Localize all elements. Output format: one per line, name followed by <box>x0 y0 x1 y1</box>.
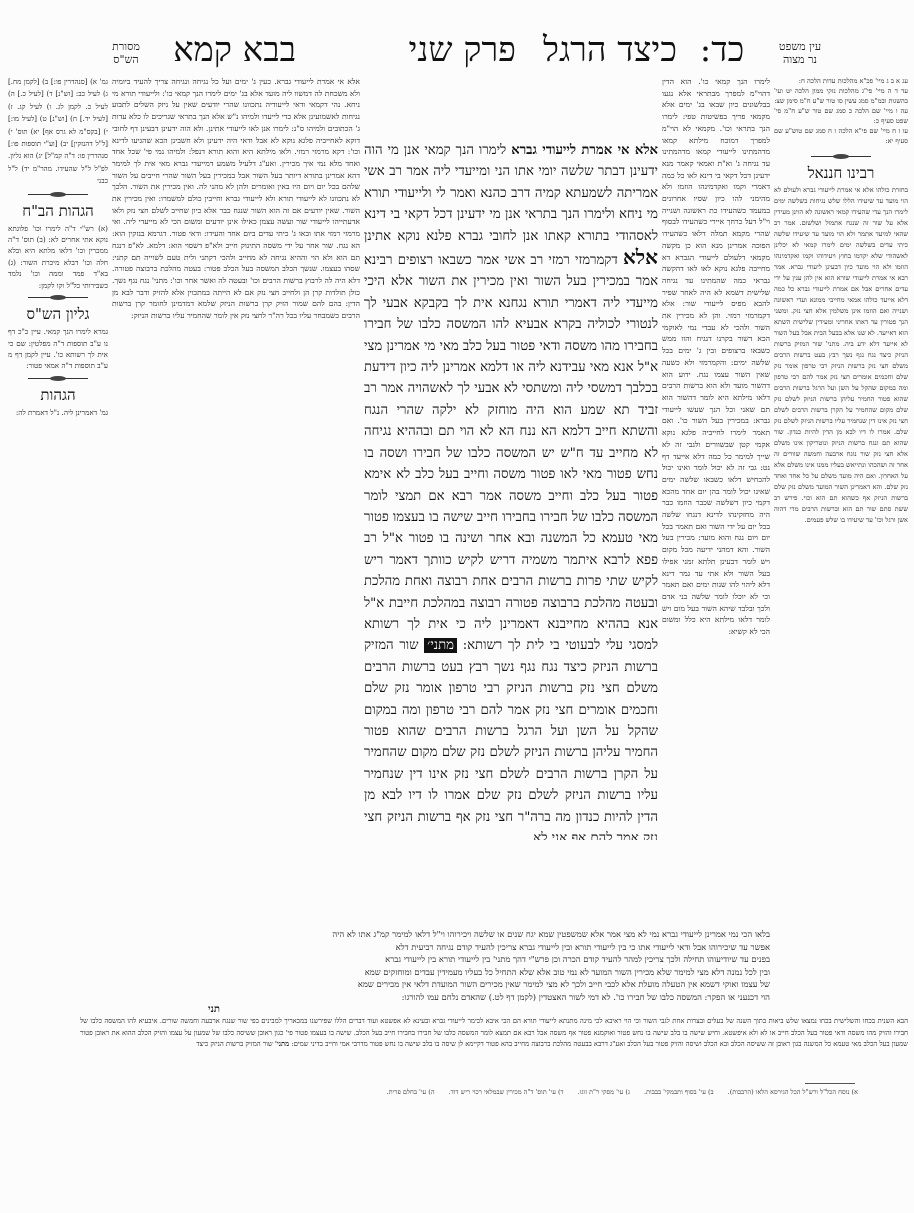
ein-mishpat-entry: עג א ב ג מיי' פכ"א מהלכות עדות הלכה ח: <box>774 76 908 86</box>
tractate-title: בבא קמא <box>176 30 296 70</box>
ornament-divider <box>811 156 871 157</box>
gemara-lead-1: אלא אי אמרת לייעודי גברא <box>511 143 658 158</box>
bottom-line: ובין לכל נמנה דלא מצי למימר שלא מכירין ה… <box>112 966 770 979</box>
ornament-divider <box>28 297 88 298</box>
bottom-line: בלאו הכי נמי אמרינן לייעודי גברא נמי לא … <box>112 928 770 941</box>
gilyon-hashas-text: גמרא לימרו הנך קמאי. עיין כ"כ דף נו ע"ב … <box>8 326 108 372</box>
ornament-divider <box>28 194 88 195</box>
bottom-line: בפנים עד שיודיעוהו תחילה ולכך צריכין למה… <box>112 953 770 966</box>
tosafot-column: אלא אי אמרת לייעודי גברא. כעין ג' ימים ו… <box>112 76 360 922</box>
chapter-title: כיצד הרגל <box>540 30 680 70</box>
mishna-body: שור המזיק ברשות הניזק כיצד נגח נגף נשך ר… <box>364 638 658 840</box>
bottom-line: אפשר עד שיכירוהו אבל ודאי לייעודי אתו כי… <box>112 941 770 954</box>
ein-mishpat-entry: עה ו מיי' שם הלכה כ סמג שם טור ש"ע ח"מ ס… <box>774 106 908 126</box>
ein-mishpat-entry: עו ז ח מיי' שם פי"א הלכה ז ח סמג שם טוש"… <box>774 126 908 146</box>
bottom-line: של עצמו ואוקי דשמא אין הטעלה מועלת אלא ל… <box>112 978 770 991</box>
ein-mishpat-header-line1: עין משפט <box>768 40 832 53</box>
masoret-hashas-header: מסורת הש"ס <box>96 40 156 66</box>
daf-number: כד: <box>686 30 758 70</box>
gemara-lead-2: אלא <box>623 245 658 269</box>
gilyon-hashas-title: גליון הש"ס <box>8 304 108 324</box>
bottom-tosafot-continuation: בלאו הכי נמי אמרינן לייעודי גברא נמי לא … <box>112 928 770 1004</box>
gemara-body-1: לימרו הנך קמאי אנן מי הוה ידעינן דבתר של… <box>364 143 658 244</box>
rabbeinu-chananel-text: בחזרת כולהו אלא אי אמרת לייעודי גברא ולע… <box>774 185 908 945</box>
footnote-item: א) נוסח הכל"ל ורש"ל הכל הגירסא הלאו (הרב… <box>728 1088 858 1097</box>
right-margin-column: עג א ב ג מיי' פכ"א מהלכות עדות הלכה ח: ע… <box>774 76 908 1016</box>
bottom-mishna-text: שור המזיק ברשות הניזק כיצד <box>196 1040 272 1048</box>
masoret-hashas-entries: גמ' א) [סנהדרין פו:] ב) [לקמן מח.] ג) לע… <box>8 76 108 188</box>
perek-title: פרק שני <box>416 30 516 70</box>
bottom-chananel-paragraph: הבא השנית בכחו והשלישית בכחו נמצאו שלש ב… <box>80 1016 908 1076</box>
left-margin-column: גמ' א) [סנהדרין פו:] ב) [לקמן מח.] ג) לע… <box>8 76 108 436</box>
masoret-header-line2: הש"ס <box>96 53 156 66</box>
bottom-mishna-tag: מתני' <box>275 1040 289 1048</box>
ein-mishpat-header-line2: נר מצוה <box>768 53 832 66</box>
hagahot-habach-title: הגהות הב"ח <box>8 201 108 221</box>
ein-mishpat-list: עג א ב ג מיי' פכ"א מהלכות עדות הלכה ח: ע… <box>774 76 908 146</box>
masoret-header-line1: מסורת <box>96 40 156 53</box>
gemara-body-2: דקמרמזי רמזי רב אשי אמר כשבאו רצופים רבי… <box>364 253 658 653</box>
footnote-item: ה) עי' בחלם פרית. <box>387 1088 435 1097</box>
mishna-marker: מתני׳ <box>424 638 457 653</box>
gemara-main-text: אלא אי אמרת לייעודי גברא לימרו הנך קמאי … <box>364 140 658 840</box>
hagahot-habach-text: (א) רש"י ד"ה לימרו וכו' פלוגתא נוקא אתי … <box>8 223 108 291</box>
footnote-item: ג) עי' מסקי ר"ת זוגו. <box>578 1088 630 1097</box>
tani-label: תני <box>180 1004 220 1015</box>
footnote-item: ב) עי' בסוף ותבמקי' בבבות. <box>644 1088 714 1097</box>
footnote-item: ד) עי' תוס' ד"ה מכירין שבמלאי רכוי ריש ד… <box>449 1088 564 1097</box>
hagahot-text: גמ' דאמרינן ליה. נ"ל דאמרת לה: <box>8 407 108 418</box>
bottom-line: הוי דכנעני או הפקר: המשסה כלבו של חבירו … <box>112 991 770 1004</box>
ein-mishpat-header: עין משפט נר מצוה <box>768 40 832 66</box>
ornament-divider <box>28 378 88 379</box>
rabbeinu-chananel-title: רבינו חננאל <box>774 163 908 183</box>
hagahot-title: הגהות <box>8 385 108 405</box>
footnote-rule <box>805 1083 855 1084</box>
ein-mishpat-entry: עד ד ה מיי' פי"ג מהלכות נזקי ממון הלכה י… <box>774 86 908 106</box>
footnotes: א) נוסח הכל"ל ורש"ל הכל הגירסא הלאו (הרב… <box>240 1088 858 1097</box>
rashi-column: לימרו הנך קמאי כו'. הוא הדין דהוי"מ למפר… <box>662 76 770 922</box>
